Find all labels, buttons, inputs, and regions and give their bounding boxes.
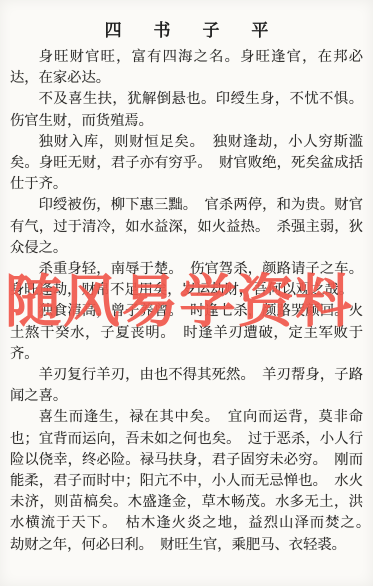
paragraph-2: 不及喜生扶，犹解倒悬也。印绶生身，不忧不惧。伤官生财，而货殖焉。 (10, 89, 363, 131)
paragraph-5: 杀重身轻，南辱于楚。 伤官驾杀，颜路请子之车。身旺逢劫，财帛不足用矣，岁运劫财，… (10, 259, 363, 301)
body-text: 身旺财官旺，富有四海之名。身旺逢官，在邦必达，在家必达。 不及喜生扶，犹解倒悬也… (10, 47, 363, 556)
paragraph-8: 喜生而逢生，禄在其中矣。 宜向而运背，莫非命也；宜背而运向，吾未如之何也矣。 过… (10, 407, 363, 555)
paragraph-7: 羊刃复行羊刃，由也不得其死然。 羊刃帮身，子路闻之喜。 (10, 365, 363, 407)
scanned-book-page: 四 书 子 平 身旺财官旺，富有四海之名。身旺逢官，在邦必达，在家必达。 不及喜… (0, 0, 373, 586)
paragraph-3: 独财入库，则财恒足矣。 独财逢劫，小人穷斯滥矣。身旺无财，君子亦有穷乎。 财官败… (10, 132, 363, 196)
page-title: 四 书 子 平 (0, 16, 373, 41)
paragraph-4: 印绶被伤，柳下惠三黜。 官杀两停，和为贵。财官有气，过于清冷，如水益深，如火益热… (10, 195, 363, 259)
paragraph-6: 独食清高，曾子养曾。 时逢七杀，颜路哭颜回。火土熬干癸水，子夏丧明。 时逢羊刃遭… (10, 301, 363, 365)
paragraph-1: 身旺财官旺，富有四海之名。身旺逢官，在邦必达，在家必达。 (10, 47, 363, 89)
